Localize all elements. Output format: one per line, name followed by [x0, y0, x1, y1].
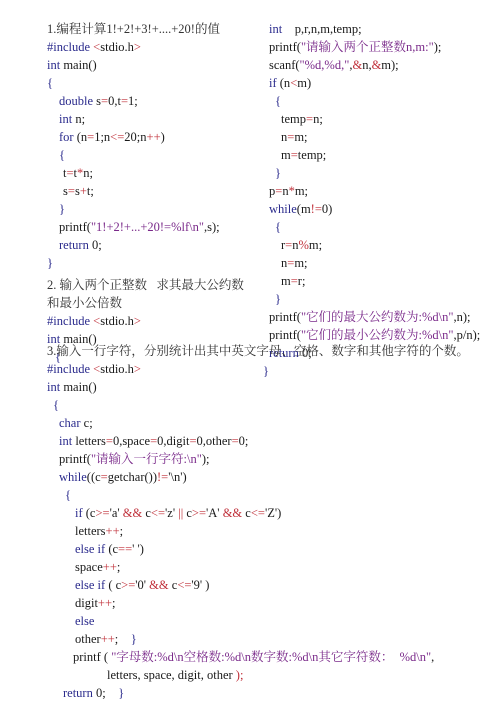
right_top-code-line: {: [275, 218, 281, 236]
bottom-code-line: letters++;: [75, 522, 123, 540]
bottom-code-line: printf("请输入一行字符:\n");: [59, 450, 209, 468]
code-token: ,p/n);: [454, 328, 481, 342]
left_top-code-line: 和最小公倍数: [47, 294, 122, 312]
code-token: <=: [177, 578, 191, 592]
code-token: '9' ): [191, 578, 209, 592]
code-token: <=: [110, 130, 124, 144]
right_top-code-line: {: [275, 92, 281, 110]
code-token: (n: [77, 130, 87, 144]
code-token: space: [75, 560, 103, 574]
code-token: n;: [313, 112, 323, 126]
bottom-code-line: {: [53, 396, 59, 414]
code-token: ++: [103, 560, 117, 574]
code-token: 1;: [128, 94, 138, 108]
right_top-code-line: p=n*m;: [269, 182, 308, 200]
code-token: >=: [95, 506, 109, 520]
code-token: ;: [115, 632, 131, 646]
code-token: }: [263, 364, 269, 378]
code-token: =: [66, 166, 73, 180]
code-token: =: [306, 112, 313, 126]
code-token: 0;: [96, 686, 118, 700]
left_top-code-line: }: [47, 254, 53, 272]
code-token: 'Z'): [265, 506, 281, 520]
code-token: &: [352, 58, 362, 72]
code-token: }: [59, 202, 65, 216]
code-token: &: [372, 58, 382, 72]
code-token: int: [59, 434, 75, 448]
code-token: return: [59, 238, 92, 252]
code-token: return: [63, 686, 96, 700]
code-token: ;: [112, 596, 115, 610]
left_top-code-line: for (n=1;n<=20;n++): [59, 128, 165, 146]
code-token: }: [275, 292, 281, 306]
heading-text: 和最小公倍数: [47, 296, 122, 310]
code-token: ( c: [108, 578, 121, 592]
code-token: =: [232, 434, 239, 448]
code-token: ++: [98, 596, 112, 610]
code-token: 0,t: [108, 94, 121, 108]
right_top-code-line: m=r;: [281, 272, 305, 290]
right_top-code-line: if (n<m): [269, 74, 311, 92]
code-token: =: [101, 470, 108, 484]
heading-text: 1.编程计算1!+2!+3!+....+20!的值: [47, 22, 220, 36]
code-token: letters: [75, 434, 106, 448]
bottom-code-line: if (c>='a' && c<='z' || c>='A' && c<='Z'…: [75, 504, 281, 522]
code-token: +: [80, 184, 87, 198]
code-token: 0): [322, 202, 332, 216]
code-token: 'z': [165, 506, 178, 520]
code-token: >: [134, 314, 141, 328]
code-token: 1;n: [94, 130, 110, 144]
bottom-code-line: int main(): [47, 378, 97, 396]
code-token: char: [59, 416, 84, 430]
code-token: int: [47, 58, 63, 72]
code-token: r;: [298, 274, 306, 288]
code-token: {: [53, 398, 59, 412]
code-token: m;: [294, 130, 307, 144]
bottom-code-line: other++; }: [75, 630, 137, 648]
code-token: else: [75, 614, 94, 628]
right_top-code-line: n=m;: [281, 128, 308, 146]
code-token: scanf(: [269, 58, 300, 72]
code-token: ,: [431, 650, 434, 664]
code-token: "1!+2!+...+20!=%lf\n": [91, 220, 204, 234]
right_top-code-line: temp=n;: [281, 110, 323, 128]
left_top-code-line: double s=0,t=1;: [59, 92, 138, 110]
left_top-code-line: }: [59, 200, 65, 218]
code-token: }: [131, 632, 137, 646]
code-token: =: [121, 94, 128, 108]
code-token: getchar()): [108, 470, 157, 484]
bottom-code-line: char c;: [59, 414, 93, 432]
code-token: ): [161, 130, 165, 144]
code-token: ;: [120, 524, 123, 538]
code-token: "请输入一行字符:\n": [91, 452, 202, 466]
bottom-code-line: else if (c==' '): [75, 540, 144, 558]
code-token: '0': [135, 578, 149, 592]
right_top-code-line: printf("请输入两个正整数n,m:");: [269, 38, 441, 56]
code-token: m;: [294, 256, 307, 270]
code-token: other: [75, 632, 101, 646]
code-token: );: [236, 668, 244, 682]
code-token: !=: [311, 202, 322, 216]
code-token: printf(: [59, 220, 91, 234]
code-token: %: [298, 238, 308, 252]
code-token: >=: [192, 506, 206, 520]
code-token: {: [275, 94, 281, 108]
bottom-code-line: space++;: [75, 558, 120, 576]
code-token: printf(: [269, 310, 301, 324]
code-token: ==: [118, 542, 132, 556]
code-token: stdio.h: [100, 362, 134, 376]
code-token: >=: [121, 578, 135, 592]
left_top-code-line: {: [47, 74, 53, 92]
code-token: n;: [75, 112, 85, 126]
code-token: letters, space, digit, other: [107, 668, 236, 682]
code-token: "它们的最大公约数为:%d\n": [301, 310, 454, 324]
code-token: m;: [295, 184, 308, 198]
code-token: =: [291, 274, 298, 288]
code-token: else if: [75, 542, 108, 556]
bottom-code-line: printf ( "字母数:%d\n空格数:%d\n数字数:%d\n其它字符数：…: [73, 648, 434, 666]
right_top-code-line: r=n%m;: [281, 236, 322, 254]
right_top-code-line: n=m;: [281, 254, 308, 272]
bottom-code-line: while((c=getchar())!='\n'): [59, 468, 187, 486]
left_top-code-line: return 0;: [59, 236, 102, 254]
code-token: }: [118, 686, 124, 700]
code-token: int: [59, 112, 75, 126]
code-token: {: [59, 148, 65, 162]
code-token: {: [275, 220, 281, 234]
code-token: =: [189, 434, 196, 448]
code-token: stdio.h: [100, 314, 134, 328]
code-token: }: [47, 256, 53, 270]
left_top-code-line: #include <stdio.h>: [47, 312, 141, 330]
bottom-code-line: digit++;: [75, 594, 116, 612]
code-token: '\n'): [168, 470, 186, 484]
code-token: =: [68, 184, 75, 198]
code-token: t;: [87, 184, 94, 198]
code-token: 20;n: [124, 130, 146, 144]
code-token: if: [75, 506, 86, 520]
bottom-code-line: 3.输入一行字符，分别统计出其中英文字母、空格、数字和其他字符的个数。: [47, 342, 469, 360]
bottom-code-line: {: [65, 486, 71, 504]
code-token: =: [291, 148, 298, 162]
code-token: stdio.h: [100, 40, 134, 54]
code-token: main(): [63, 58, 96, 72]
right_top-code-line: }: [275, 290, 281, 308]
code-token: ,s);: [204, 220, 220, 234]
code-token: "请输入两个正整数n,m:": [301, 40, 434, 54]
code-token: 0,other: [197, 434, 232, 448]
left_top-code-line: int main(): [47, 56, 97, 74]
left_top-code-line: {: [59, 146, 65, 164]
code-token: "%d,%d,": [300, 58, 350, 72]
left_top-code-line: #include <stdio.h>: [47, 38, 141, 56]
heading-text: 2. 输入两个正整数 求其最大公约数: [47, 278, 244, 292]
left_top-code-line: s=s+t;: [63, 182, 94, 200]
code-token: ,n);: [454, 310, 471, 324]
code-token: 0,digit: [157, 434, 189, 448]
code-token: m: [281, 274, 291, 288]
bottom-code-line: letters, space, digit, other );: [107, 666, 243, 684]
code-token: p,r,n,m,temp;: [282, 22, 361, 36]
code-token: main(): [63, 380, 96, 394]
left_top-code-line: printf("1!+2!+...+20!=%lf\n",s);: [59, 218, 220, 236]
code-token: n;: [83, 166, 93, 180]
code-token: (m: [297, 202, 311, 216]
code-token: printf(: [59, 452, 91, 466]
code-token: 0,space: [113, 434, 150, 448]
code-token: else if: [75, 578, 108, 592]
code-token: >: [134, 362, 141, 376]
code-token: &&: [223, 506, 242, 520]
code-token: ((c: [87, 470, 101, 484]
code-token: !=: [157, 470, 168, 484]
left_top-code-line: int n;: [59, 110, 85, 128]
bottom-code-line: int letters=0,space=0,digit=0,other=0;: [59, 432, 248, 450]
code-token: ++: [101, 632, 115, 646]
code-token: printf(: [269, 40, 301, 54]
code-token: {: [47, 76, 53, 90]
code-token: c: [242, 506, 251, 520]
right_top-code-line: m=temp;: [281, 146, 326, 164]
right_top-code-line: int p,r,n,m,temp;: [269, 20, 362, 38]
code-token: int: [47, 380, 63, 394]
code-token: {: [65, 488, 71, 502]
code-token: m): [297, 76, 311, 90]
code-token: (n: [280, 76, 290, 90]
code-token: ' '): [132, 542, 144, 556]
code-token: ++: [147, 130, 161, 144]
right_top-code-line: }: [275, 164, 281, 182]
right_top-code-line: }: [263, 362, 269, 380]
code-token: while: [269, 202, 297, 216]
code-token: c: [169, 578, 178, 592]
code-token: temp: [281, 112, 306, 126]
code-token: digit: [75, 596, 98, 610]
right_top-code-line: printf("它们的最大公约数为:%d\n",n);: [269, 308, 471, 326]
code-token: >: [134, 40, 141, 54]
code-token: printf(: [269, 328, 301, 342]
code-token: 'A': [206, 506, 223, 520]
code-token: );: [202, 452, 210, 466]
bottom-code-line: #include <stdio.h>: [47, 360, 141, 378]
heading-text: 3.输入一行字符，分别统计出其中英文字母、空格、数字和其他字符的个数。: [47, 344, 469, 358]
bottom-code-line: else: [75, 612, 94, 630]
code-token: <=: [251, 506, 265, 520]
code-token: n,: [362, 58, 371, 72]
right_top-code-line: scanf("%d,%d,",&n,&m);: [269, 56, 399, 74]
code-token: while: [59, 470, 87, 484]
code-token: m);: [381, 58, 398, 72]
code-token: ;: [117, 560, 120, 574]
code-token: #include: [47, 314, 93, 328]
code-token: 0;: [92, 238, 102, 252]
left_top-code-line: 1.编程计算1!+2!+3!+....+20!的值: [47, 20, 220, 38]
code-token: m;: [309, 238, 322, 252]
code-token: "字母数:%d\n空格数:%d\n数字数:%d\n其它字符数： %d\n": [111, 650, 431, 664]
code-token: if: [269, 76, 280, 90]
code-token: #include: [47, 362, 93, 376]
code-token: "它们的最小公约数为:%d\n": [301, 328, 454, 342]
bottom-code-line: return 0; }: [63, 684, 124, 702]
code-token: &&: [149, 578, 168, 592]
code-token: }: [275, 166, 281, 180]
code-token: );: [434, 40, 442, 54]
left_top-code-line: t=t*n;: [63, 164, 93, 182]
code-token: (c: [108, 542, 118, 556]
code-token: for: [59, 130, 77, 144]
code-token: c;: [84, 416, 93, 430]
code-token: letters: [75, 524, 106, 538]
code-token: c: [142, 506, 151, 520]
code-token: #include: [47, 40, 93, 54]
code-token: 0;: [239, 434, 249, 448]
left_top-code-line: 2. 输入两个正整数 求其最大公约数: [47, 276, 244, 294]
code-token: int: [269, 22, 282, 36]
code-token: printf (: [73, 650, 111, 664]
code-token: double: [59, 94, 96, 108]
code-token: 'a': [110, 506, 123, 520]
code-token: ++: [106, 524, 120, 538]
code-token: &&: [123, 506, 142, 520]
code-token: c: [183, 506, 192, 520]
right_top-code-line: while(m!=0): [269, 200, 332, 218]
bottom-code-line: else if ( c>='0' && c<='9' ): [75, 576, 209, 594]
code-token: m: [281, 148, 291, 162]
code-token: temp;: [298, 148, 326, 162]
code-token: <=: [151, 506, 165, 520]
code-token: =: [106, 434, 113, 448]
